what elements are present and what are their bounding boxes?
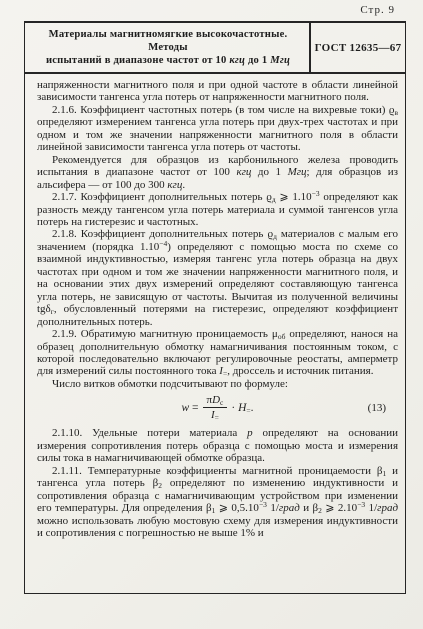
document-page: Стр. 9 Материалы магнитномягкие высокоча…: [0, 0, 423, 629]
equation-lhs: w =: [181, 402, 198, 414]
document-header: Материалы магнитномягкие высокочастотные…: [25, 23, 405, 74]
paragraph: напряженности магнитного поля и при одно…: [37, 79, 398, 104]
formula-13: w =πDсI=· H=.(13): [37, 394, 398, 422]
fraction-numerator: πDс: [203, 394, 228, 408]
equation-number: (13): [368, 402, 386, 414]
paragraph: 2.1.7. Коэффициент дополнительных потерь…: [37, 191, 398, 228]
fraction-denominator: I=: [211, 408, 219, 421]
fraction: πDсI=: [203, 394, 228, 421]
paragraph: 2.1.9. Обратимую магнитную проницаемость…: [37, 328, 398, 378]
document-title: Материалы магнитномягкие высокочастотные…: [25, 23, 309, 72]
page-number-label: Стр. 9: [360, 4, 395, 16]
paragraph: 2.1.8. Коэффициент дополнительных потерь…: [37, 228, 398, 328]
standard-number: ГОСТ 12635—67: [309, 23, 405, 72]
paragraph: 2.1.11. Температурные коэффициенты магни…: [37, 465, 398, 540]
title-line-1: Материалы магнитномягкие высокочастотные…: [33, 28, 303, 54]
paragraph: Рекомендуется для образцов из карбонильн…: [37, 154, 398, 191]
equation-rhs: · H=.: [231, 402, 253, 414]
body-text: напряженности магнитного поля и при одно…: [25, 74, 405, 539]
paragraph: 2.1.10. Удельные потери материала p опре…: [37, 427, 398, 464]
paragraph: Число витков обмотки подсчитывают по фор…: [37, 378, 398, 390]
title-line-2: испытаний в диапазоне частот от 10 кгц д…: [33, 54, 303, 67]
equation: w =πDсI=· H=.: [181, 394, 253, 421]
content-frame: Материалы магнитномягкие высокочастотные…: [24, 21, 406, 594]
paragraph: 2.1.6. Коэффициент частотных потерь (в т…: [37, 104, 398, 154]
